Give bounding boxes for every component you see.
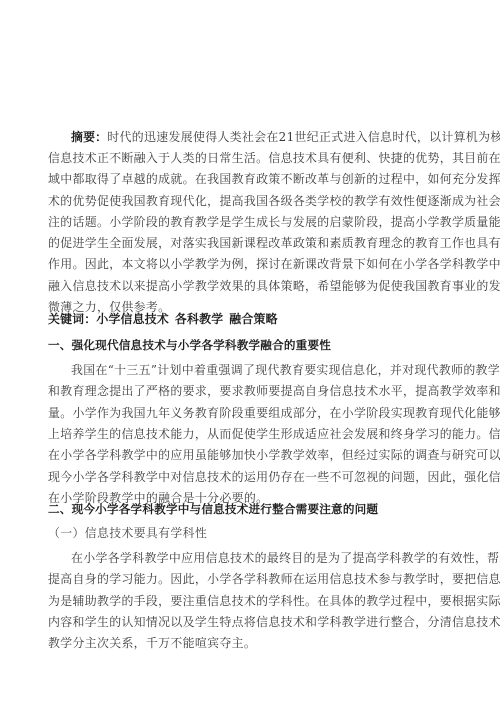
- paragraph-line: 量。小学作为我国九年义务教育阶段重要组成部分，在小学阶段实现教育现代化能够从基础: [48, 406, 454, 420]
- paragraph-line: 和教育理念提出了严格的要求，要求教师要提高自身信息技术水平，提高教学效率和教学质: [48, 384, 454, 398]
- abstract-label: 摘要：: [71, 130, 107, 144]
- abstract-text: 时代的迅速发展使得人类社会在21世纪正式进入信息时代，以计算机为核心的: [107, 130, 500, 144]
- paragraph-line: 现今小学各学科教学中对信息技术的运用仍存在一些不可忽视的问题，因此，强化信息技术: [48, 470, 454, 484]
- abstract-line: 的促进学生全面发展，对落实我国新课程改革政策和素质教育理念的教育工作也具有良好的: [48, 236, 454, 250]
- keywords: 关键词：小学信息技术各科教学融合策略: [48, 312, 454, 326]
- keywords-label: 关键词：: [48, 312, 96, 326]
- paragraph-line: 在小学各学科教学中应用信息技术的最终目的是为了提高学科教学的有效性，帮助学生: [71, 551, 454, 565]
- abstract-line: 域中都取得了卓越的成就。在我国教育政策不断改革与创新的过程中，如何充分发挥信息技: [48, 172, 454, 186]
- paragraph-line: 我国在“十三五”计划中着重强调了现代教育要实现信息化，并对现代教师的教学方法: [71, 363, 454, 377]
- paragraph-line: 在小学各学科教学中的应用虽能够加快小学教学效率，但经过实际的调查与研究可以发现，: [48, 448, 454, 462]
- section-heading: 二、现今小学各学科教学中与信息技术进行整合需要注意的问题: [48, 502, 454, 516]
- document-page: 摘要：时代的迅速发展使得人类社会在21世纪正式进入信息时代，以计算机为核心的 信…: [0, 0, 500, 707]
- keyword: 各科教学: [175, 312, 223, 326]
- abstract-line: 作用。因此，本文将以小学教学为例，探讨在新课改背景下如何在小学各学科教学中有效地: [48, 257, 454, 271]
- paragraph-line: 教学分主次关系，千万不能喧宾夺主。: [48, 636, 454, 650]
- abstract-line: 摘要：时代的迅速发展使得人类社会在21世纪正式进入信息时代，以计算机为核心的: [71, 130, 454, 144]
- paragraph-line: 内容和学生的认知情况以及学生特点将信息技术和学科教学进行整合，分清信息技术和学科: [48, 615, 454, 629]
- abstract-line: 术的优势促使我国教育现代化，提高我国各级各类学校的教学有效性便逐渐成为社会重点关: [48, 194, 454, 208]
- abstract-line: 融入信息技术以来提高小学教学效果的具体策略，希望能够为促使我国教育事业的发展贡献: [48, 279, 454, 293]
- paragraph-line: 为是辅助教学的手段，要注重信息技术的学科性。在具体的教学过程中，要根据实际的教学: [48, 594, 454, 608]
- keyword: 小学信息技术: [96, 312, 169, 326]
- subsection-heading: （一）信息技术要具有学科性: [48, 526, 454, 540]
- section-heading: 一、强化现代信息技术与小学各学科教学融合的重要性: [48, 338, 454, 352]
- abstract-line: 信息技术正不断融入于人类的日常生活。信息技术具有便利、快捷的优势，其目前在多个领: [48, 151, 454, 165]
- paragraph-line: 提高自身的学习能力。因此，小学各学科教师在运用信息技术参与教学时，要把信息技术作: [48, 572, 454, 586]
- abstract-line: 注的话题。小学阶段的教育教学是学生成长与发展的启蒙阶段，提高小学教学质量能够更好: [48, 215, 454, 229]
- keyword: 融合策略: [229, 312, 277, 326]
- paragraph-line: 上培养学生的信息技术能力，从而促使学生形成适应社会发展和终身学习的能力。信息技术: [48, 427, 454, 441]
